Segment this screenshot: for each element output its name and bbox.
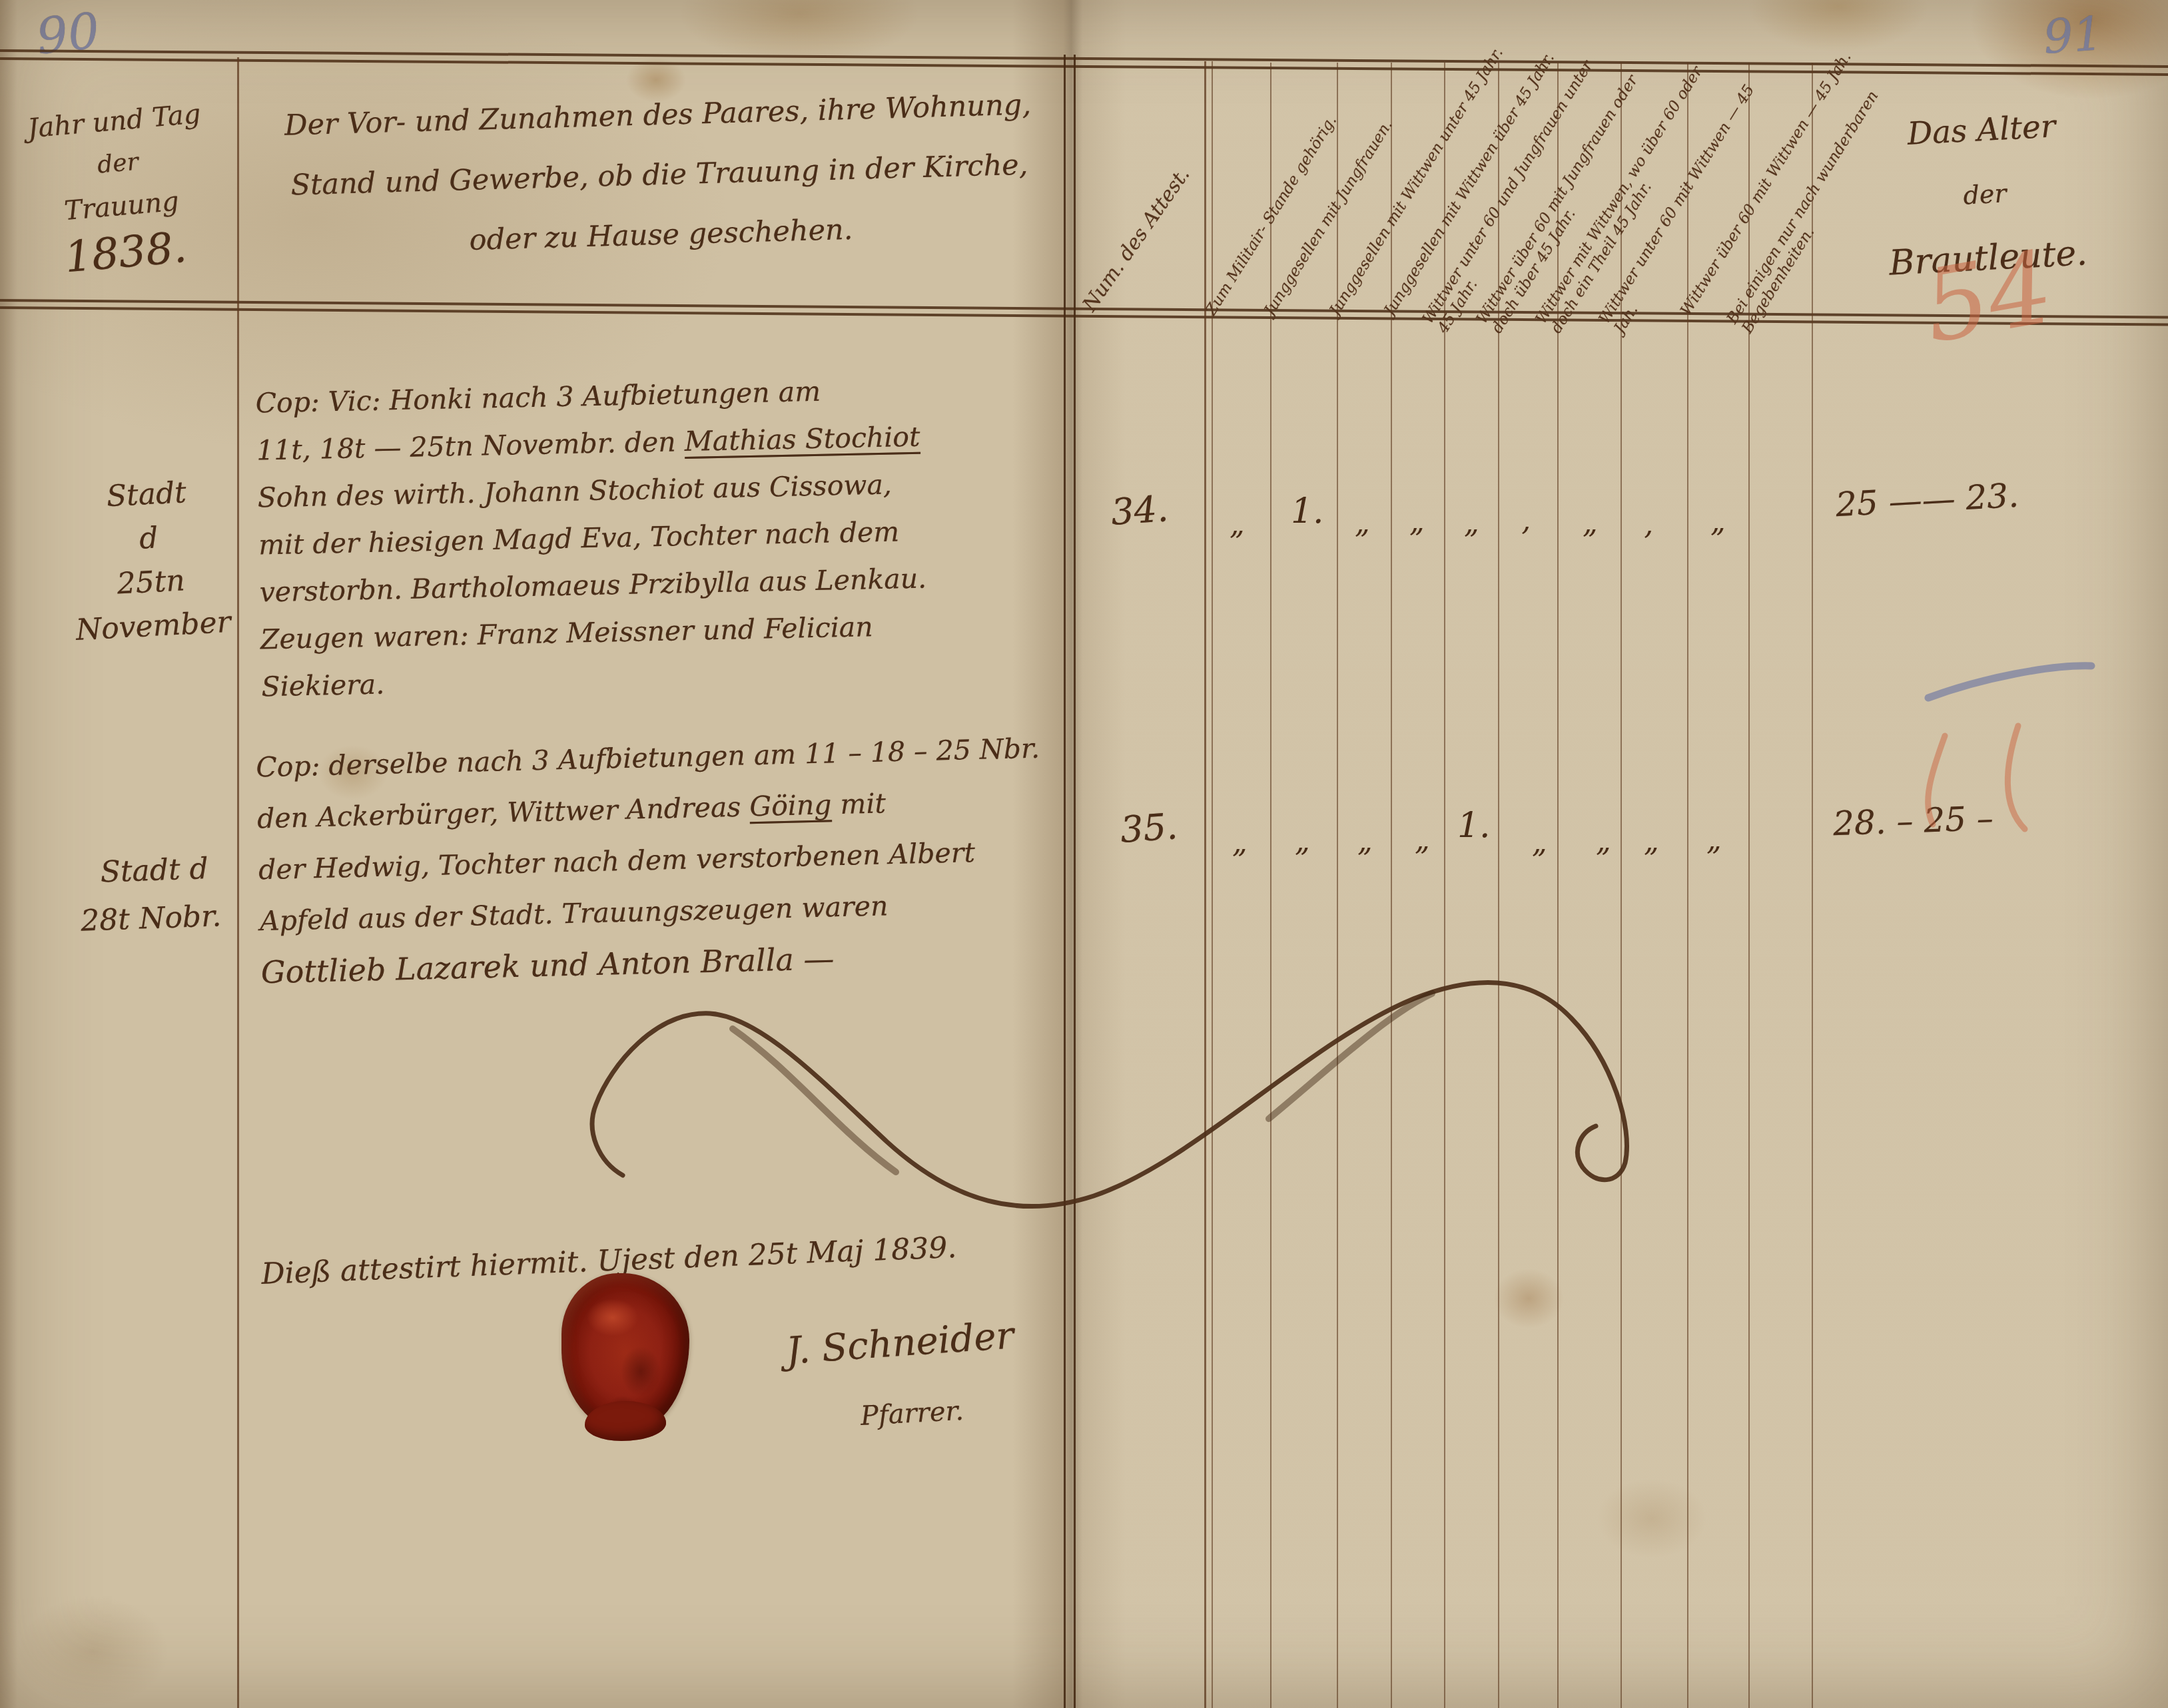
ink-flourish-layer <box>0 0 2168 1708</box>
pastor-title: Pfarrer. <box>860 1396 964 1432</box>
red-chalk-stroke <box>1928 726 2025 829</box>
grey-pencil-stroke <box>1928 666 2091 698</box>
register-page-scan: 90 91 Jahr und Tag der Trauung 1838. Der… <box>0 0 2168 1708</box>
closing-flourish-swash <box>592 982 1626 1206</box>
flourish-shade-stroke <box>733 994 1432 1172</box>
